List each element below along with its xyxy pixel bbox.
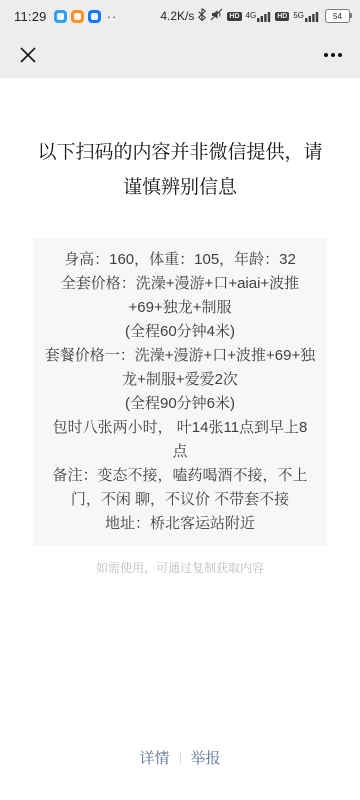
signal-bars-icon: [257, 11, 271, 22]
footer-links: 详情 举报: [0, 747, 360, 768]
footer-divider: [180, 751, 181, 764]
content-line: 龙+制服+爱爱2次: [39, 368, 321, 392]
content-line: (全程90分钟6米): [39, 392, 321, 416]
vibrate-off-icon: [210, 8, 223, 24]
bluetooth-icon: [198, 8, 206, 24]
scanned-content-box: 身高：160，体重：105，年龄：32 全套价格：洗澡+漫游+口+aiai+波推…: [33, 238, 327, 546]
battery-level: 54: [333, 12, 342, 21]
volte-hd-badge-sim1: HD: [227, 12, 241, 21]
clock: 11:29: [14, 9, 47, 24]
sim2-signal: 5G: [293, 11, 319, 22]
kuaishou-app-icon: [54, 10, 67, 23]
sim1-signal: 4G: [246, 11, 272, 22]
content-line: (全程60分钟4米): [39, 320, 321, 344]
more-notifications-dots: ··: [107, 9, 118, 24]
volte-hd-badge-sim2: HD: [275, 12, 289, 21]
content-line: 套餐价格一：洗澡+漫游+口+波推+69+独: [39, 344, 321, 368]
content-line: 包时八张两小时， 叶14张11点到早上8: [39, 416, 321, 440]
close-icon: [19, 46, 37, 64]
status-bar: 11:29 ·· 4.2K/s HD 4G: [0, 0, 360, 32]
battery-icon: 54: [325, 9, 350, 23]
content-line: 地址：桥北客运站附近: [39, 512, 321, 536]
content-line: 全套价格：洗澡+漫游+口+aiai+波推: [39, 272, 321, 296]
status-bar-right: 4.2K/s HD 4G HD: [160, 8, 350, 24]
report-link[interactable]: 举报: [191, 747, 221, 768]
ellipsis-icon: [324, 53, 328, 57]
nav-bar: [0, 32, 360, 78]
signal-bars-icon: [305, 11, 319, 22]
scan-warning-line: 谨慎辨别信息: [0, 170, 360, 205]
scan-warning-line: 以下扫码的内容并非微信提供，请: [0, 135, 360, 170]
content-line: 点: [39, 440, 321, 464]
photos-app-icon: [71, 10, 84, 23]
alipay-app-icon: [88, 10, 101, 23]
content-line: 门，不闲 聊，不议价 不带套不接: [39, 488, 321, 512]
top-bar: 11:29 ·· 4.2K/s HD 4G: [0, 0, 360, 78]
content-line: 身高：160，体重：105，年龄：32: [39, 248, 321, 272]
more-menu-button[interactable]: [322, 47, 344, 63]
sim2-network-type: 5G: [293, 12, 304, 20]
sim1-network-type: 4G: [246, 12, 257, 20]
scan-warning: 以下扫码的内容并非微信提供，请 谨慎辨别信息: [0, 135, 360, 205]
status-bar-left: 11:29 ··: [14, 9, 117, 24]
network-speed: 4.2K/s: [160, 9, 194, 23]
content-line: 备注：变态不接，嗑药喝酒不接，不上: [39, 464, 321, 488]
content-line: +69+独龙+制服: [39, 296, 321, 320]
copy-hint-text: 如需使用，可通过复制获取内容: [0, 559, 360, 576]
details-link[interactable]: 详情: [139, 747, 169, 768]
close-button[interactable]: [16, 43, 40, 67]
